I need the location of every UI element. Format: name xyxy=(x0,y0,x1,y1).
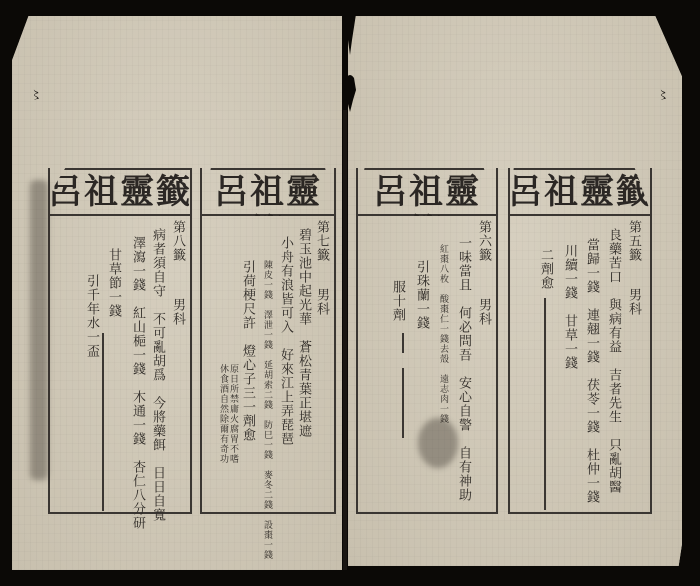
margin-mark-right: 〻 xyxy=(657,86,669,103)
slip-instruction: 引珠蘭一錢 xyxy=(414,260,428,330)
slip-number: 第八籤 xyxy=(170,220,184,262)
column-rule xyxy=(544,298,546,510)
slip-7: 呂祖靈籤 第七籤 男科 碧玉池中起光華 蒼松青葉正堪遮 小舟有浪皆可入 好來江上… xyxy=(200,168,336,514)
slip-verse: 小舟有浪皆可入 好來江上弄琵琶 xyxy=(278,236,292,446)
slip-prescription: 甘草節一錢 xyxy=(106,248,120,318)
ink-smudge xyxy=(418,418,458,468)
slip-instruction: 引千年水一盃 xyxy=(84,274,98,358)
slip-category: 男科 xyxy=(314,288,328,316)
slip-title-box: 呂祖靈籤 xyxy=(48,168,192,216)
slip-number: 第六籤 xyxy=(476,220,490,262)
binding-blot xyxy=(336,0,364,120)
slip-number: 第五籤 xyxy=(626,220,640,262)
slip-category: 男科 xyxy=(626,288,640,316)
spine-gap xyxy=(343,110,347,570)
slip-title: 呂祖靈籤 xyxy=(508,172,652,212)
slip-verse: 良藥苦口 與病有益 吉者先生 只亂胡醫 xyxy=(606,228,620,494)
slip-prescription: 當歸一錢 連翹一錢 茯苓一錢 杜仲一錢 xyxy=(584,238,598,504)
slip-note: 原日所禁庸火腐胃不嗜 xyxy=(228,364,238,464)
slip-5: 呂祖靈籤 第五籤 男科 良藥苦口 與病有益 吉者先生 只亂胡醫 當歸一錢 連翹一… xyxy=(508,168,652,514)
slip-prescription: 川續一錢 甘草一錢 xyxy=(562,244,576,370)
slip-instruction: 二劑愈 xyxy=(538,248,552,290)
ink-smudge xyxy=(30,180,48,480)
slip-prescription: 陳皮一錢 澤泄一錢 延胡索二錢 防巳一錢 麥冬二錢 設棗一錢 xyxy=(262,260,272,560)
slip-title-box: 呂祖靈籤 xyxy=(356,168,498,216)
slip-verse: 碧玉池中起光華 蒼松青葉正堪遮 xyxy=(296,228,310,438)
column-rule xyxy=(402,333,404,353)
slip-title-box: 呂祖靈籤 xyxy=(508,168,652,216)
column-rule xyxy=(102,333,104,511)
slip-8: 呂祖靈籤 第八籤 男科 病者須自守 不可亂胡爲 今將藥餌 日日自寬 澤瀉一錢 紅… xyxy=(48,168,192,514)
slip-prescription: 澤瀉一錢 紅山梔一錢 木通一錢 杏仁八分研 xyxy=(130,236,144,530)
slip-verse: 一味當且 何必問吾 安心自警 自有神助 xyxy=(456,236,470,502)
slip-category: 男科 xyxy=(170,298,184,326)
slip-title: 呂祖靈籤 xyxy=(48,172,192,212)
slip-number: 第七籤 xyxy=(314,220,328,262)
slip-prescription: 紅棗八枚 酸棗仁一錢去殼 遠志肉一錢 xyxy=(438,244,448,424)
slip-title-box: 呂祖靈籤 xyxy=(200,168,336,216)
margin-mark-left: 〻 xyxy=(30,86,42,103)
column-rule xyxy=(402,368,404,438)
slip-instruction: 服十劑 xyxy=(390,280,404,322)
slip-verse: 病者須自守 不可亂胡爲 今將藥餌 日日自寬 xyxy=(150,228,164,522)
slip-instruction: 引荷梗尺許 燈心子三一劑愈 xyxy=(240,260,254,442)
slip-note: 休食酒自然除爾有奇功 xyxy=(218,364,228,464)
slip-6: 呂祖靈籤 第六籤 男科 一味當且 何必問吾 安心自警 自有神助 紅棗八枚 酸棗仁… xyxy=(356,168,498,514)
slip-category: 男科 xyxy=(476,298,490,326)
